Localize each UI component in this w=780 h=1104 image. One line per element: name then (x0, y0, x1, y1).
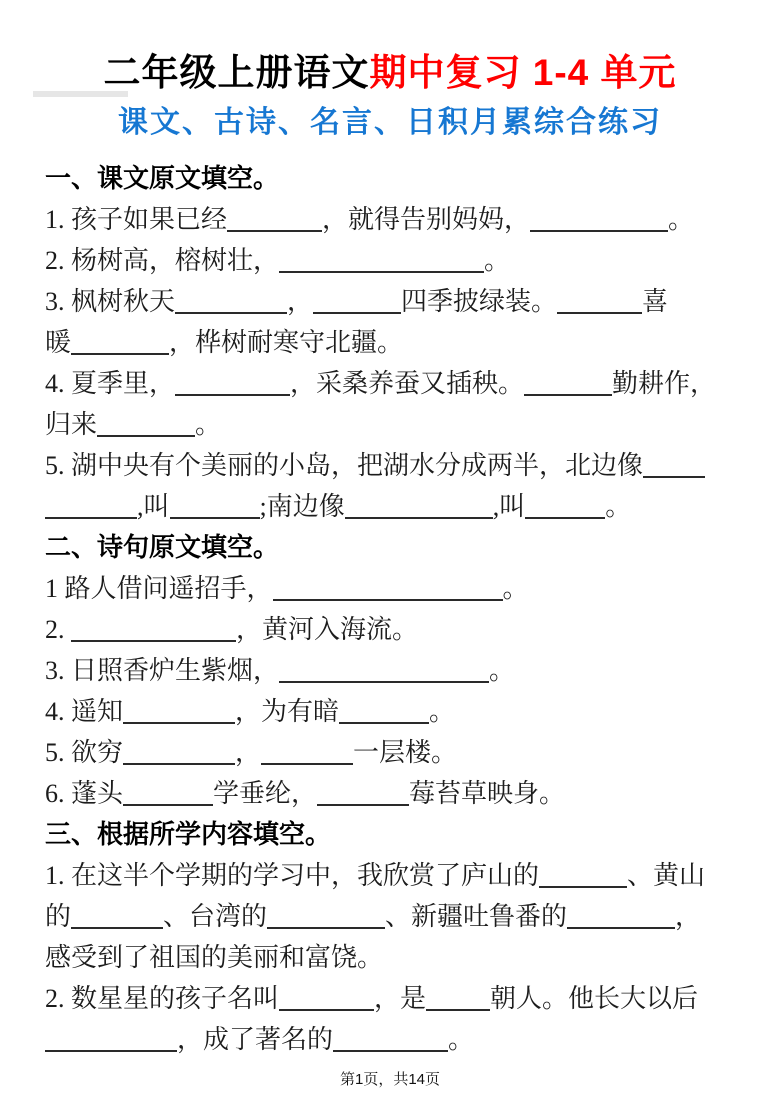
fill-blank (279, 245, 484, 273)
exercise-line: 的、台湾的、新疆吐鲁番的， (45, 896, 752, 937)
fill-blank (71, 327, 169, 355)
exercise-line: 2. 数星星的孩子名叫，是朝人。他长大以后 (45, 978, 752, 1019)
fill-blank (123, 778, 213, 806)
line-text: 。 (605, 492, 631, 521)
line-text: 2. (45, 615, 71, 644)
fill-blank (567, 901, 675, 929)
line-text: 。 (503, 574, 529, 603)
exercise-line: 6. 蓬头学垂纶，莓苔草映身。 (45, 773, 752, 814)
line-text: 、黄山 (627, 861, 705, 890)
fill-blank (279, 983, 374, 1011)
fill-blank (339, 696, 429, 724)
line-text: 。 (484, 246, 510, 275)
fill-blank (175, 368, 290, 396)
line-text: ,叫 (137, 492, 170, 521)
fill-blank (279, 655, 489, 683)
line-text: 1. 在这半个学期的学习中，我欣赏了庐山的 (45, 861, 539, 890)
line-text: 勤耕作， (612, 369, 716, 398)
line-text: 学垂纶， (213, 779, 317, 808)
exercise-line: 1. 在这半个学期的学习中，我欣赏了庐山的、黄山 (45, 855, 752, 896)
line-text: ，就得告别妈妈， (322, 205, 530, 234)
page-footer: 第1页，共14页 (0, 1070, 780, 1090)
fill-blank (557, 286, 642, 314)
line-text: ，桦树耐寒守北疆。 (169, 328, 403, 357)
line-text: 1. 孩子如果已经 (45, 205, 227, 234)
exercise-line: 归来。 (45, 404, 752, 445)
line-text: 一层楼。 (353, 738, 457, 767)
line-text: 。 (668, 205, 694, 234)
line-text: 四季披绿装。 (401, 287, 557, 316)
line-text: 、新疆吐鲁番的 (385, 902, 567, 931)
page-title-black: 二年级上册语文 (103, 52, 369, 93)
line-text: 5. 欲穷 (45, 738, 123, 767)
line-text: 喜 (642, 287, 668, 316)
line-text: 4. 夏季里， (45, 369, 175, 398)
fill-blank (123, 696, 235, 724)
fill-blank (524, 368, 612, 396)
exercise-line: ，成了著名的。 (45, 1019, 752, 1060)
section-heading: 二、诗句原文填空。 (45, 527, 752, 568)
fill-blank (45, 491, 137, 519)
exercise-line: 2. 杨树高，榕树壮，。 (45, 240, 752, 281)
fill-blank (525, 491, 605, 519)
line-text: 。 (429, 697, 455, 726)
page-title-red: 期中复习 1-4 单元 (369, 52, 676, 93)
page-title: 二年级上册语文期中复习 1-4 单元 (0, 50, 780, 96)
exercise-line: 3. 日照香炉生紫烟，。 (45, 650, 752, 691)
fill-blank (175, 286, 287, 314)
exercise-line: 感受到了祖国的美丽和富饶。 (45, 937, 752, 978)
exercise-line: 2. ，黄河入海流。 (45, 609, 752, 650)
fill-blank (313, 286, 401, 314)
line-text: 归来 (45, 410, 97, 439)
line-text: ,叫 (493, 492, 526, 521)
fill-blank (227, 204, 322, 232)
fill-blank (71, 614, 236, 642)
fill-blank (539, 860, 627, 888)
line-text: ，成了著名的 (177, 1025, 333, 1054)
section-heading: 一、课文原文填空。 (45, 158, 752, 199)
worksheet-page: { "header": { "title_black": "二年级上册语文", … (0, 0, 780, 1104)
page-subtitle: 课文、古诗、名言、日积月累综合练习 (0, 104, 780, 142)
line-text: 4. 遥知 (45, 697, 123, 726)
fill-blank (345, 491, 493, 519)
line-text: 。 (489, 656, 515, 685)
line-text: 暖 (45, 328, 71, 357)
fill-blank (97, 409, 195, 437)
fill-blank (71, 901, 163, 929)
line-text: ，为有暗 (235, 697, 339, 726)
fill-blank (333, 1024, 448, 1052)
fill-blank (643, 450, 705, 478)
line-text: ， (675, 902, 701, 931)
line-text: ， (287, 287, 313, 316)
fill-blank (261, 737, 353, 765)
scan-artifact (33, 91, 128, 97)
fill-blank (426, 983, 490, 1011)
line-text: 。 (195, 410, 221, 439)
line-text: ，采桑养蚕又插秧。 (290, 369, 524, 398)
line-text: 1 路人借问遥招手， (45, 574, 273, 603)
exercise-line: ,叫;南边像,叫。 (45, 486, 752, 527)
line-text: ，黄河入海流。 (236, 615, 418, 644)
line-text: 、台湾的 (163, 902, 267, 931)
fill-blank (530, 204, 668, 232)
fill-blank (45, 1024, 177, 1052)
line-text: 3. 日照香炉生紫烟， (45, 656, 279, 685)
line-text: 2. 数星星的孩子名叫 (45, 984, 279, 1013)
exercise-line: 1. 孩子如果已经，就得告别妈妈，。 (45, 199, 752, 240)
line-text: 。 (448, 1025, 474, 1054)
fill-blank (123, 737, 235, 765)
exercise-line: 5. 湖中央有个美丽的小岛，把湖水分成两半，北边像 (45, 445, 752, 486)
line-text: 3. 枫树秋天 (45, 287, 175, 316)
fill-blank (170, 491, 260, 519)
exercise-line: 3. 枫树秋天，四季披绿装。喜 (45, 281, 752, 322)
line-text: 莓苔草映身。 (409, 779, 565, 808)
line-text: 2. 杨树高，榕树壮， (45, 246, 279, 275)
fill-blank (273, 573, 503, 601)
fill-blank (317, 778, 409, 806)
exercise-line: 1 路人借问遥招手，。 (45, 568, 752, 609)
worksheet-body: 一、课文原文填空。1. 孩子如果已经，就得告别妈妈，。2. 杨树高，榕树壮，。3… (0, 158, 780, 1060)
line-text: 5. 湖中央有个美丽的小岛，把湖水分成两半，北边像 (45, 451, 643, 480)
line-text: 的 (45, 902, 71, 931)
exercise-line: 暖，桦树耐寒守北疆。 (45, 322, 752, 363)
exercise-line: 4. 夏季里，，采桑养蚕又插秧。勤耕作， (45, 363, 752, 404)
line-text: 感受到了祖国的美丽和富饶。 (45, 943, 383, 972)
line-text: 朝人。他长大以后 (490, 984, 698, 1013)
line-text: 6. 蓬头 (45, 779, 123, 808)
exercise-line: 4. 遥知，为有暗。 (45, 691, 752, 732)
line-text: ， (235, 738, 261, 767)
line-text: ，是 (374, 984, 426, 1013)
exercise-line: 5. 欲穷，一层楼。 (45, 732, 752, 773)
section-heading: 三、根据所学内容填空。 (45, 814, 752, 855)
fill-blank (267, 901, 385, 929)
line-text: ;南边像 (260, 492, 345, 521)
